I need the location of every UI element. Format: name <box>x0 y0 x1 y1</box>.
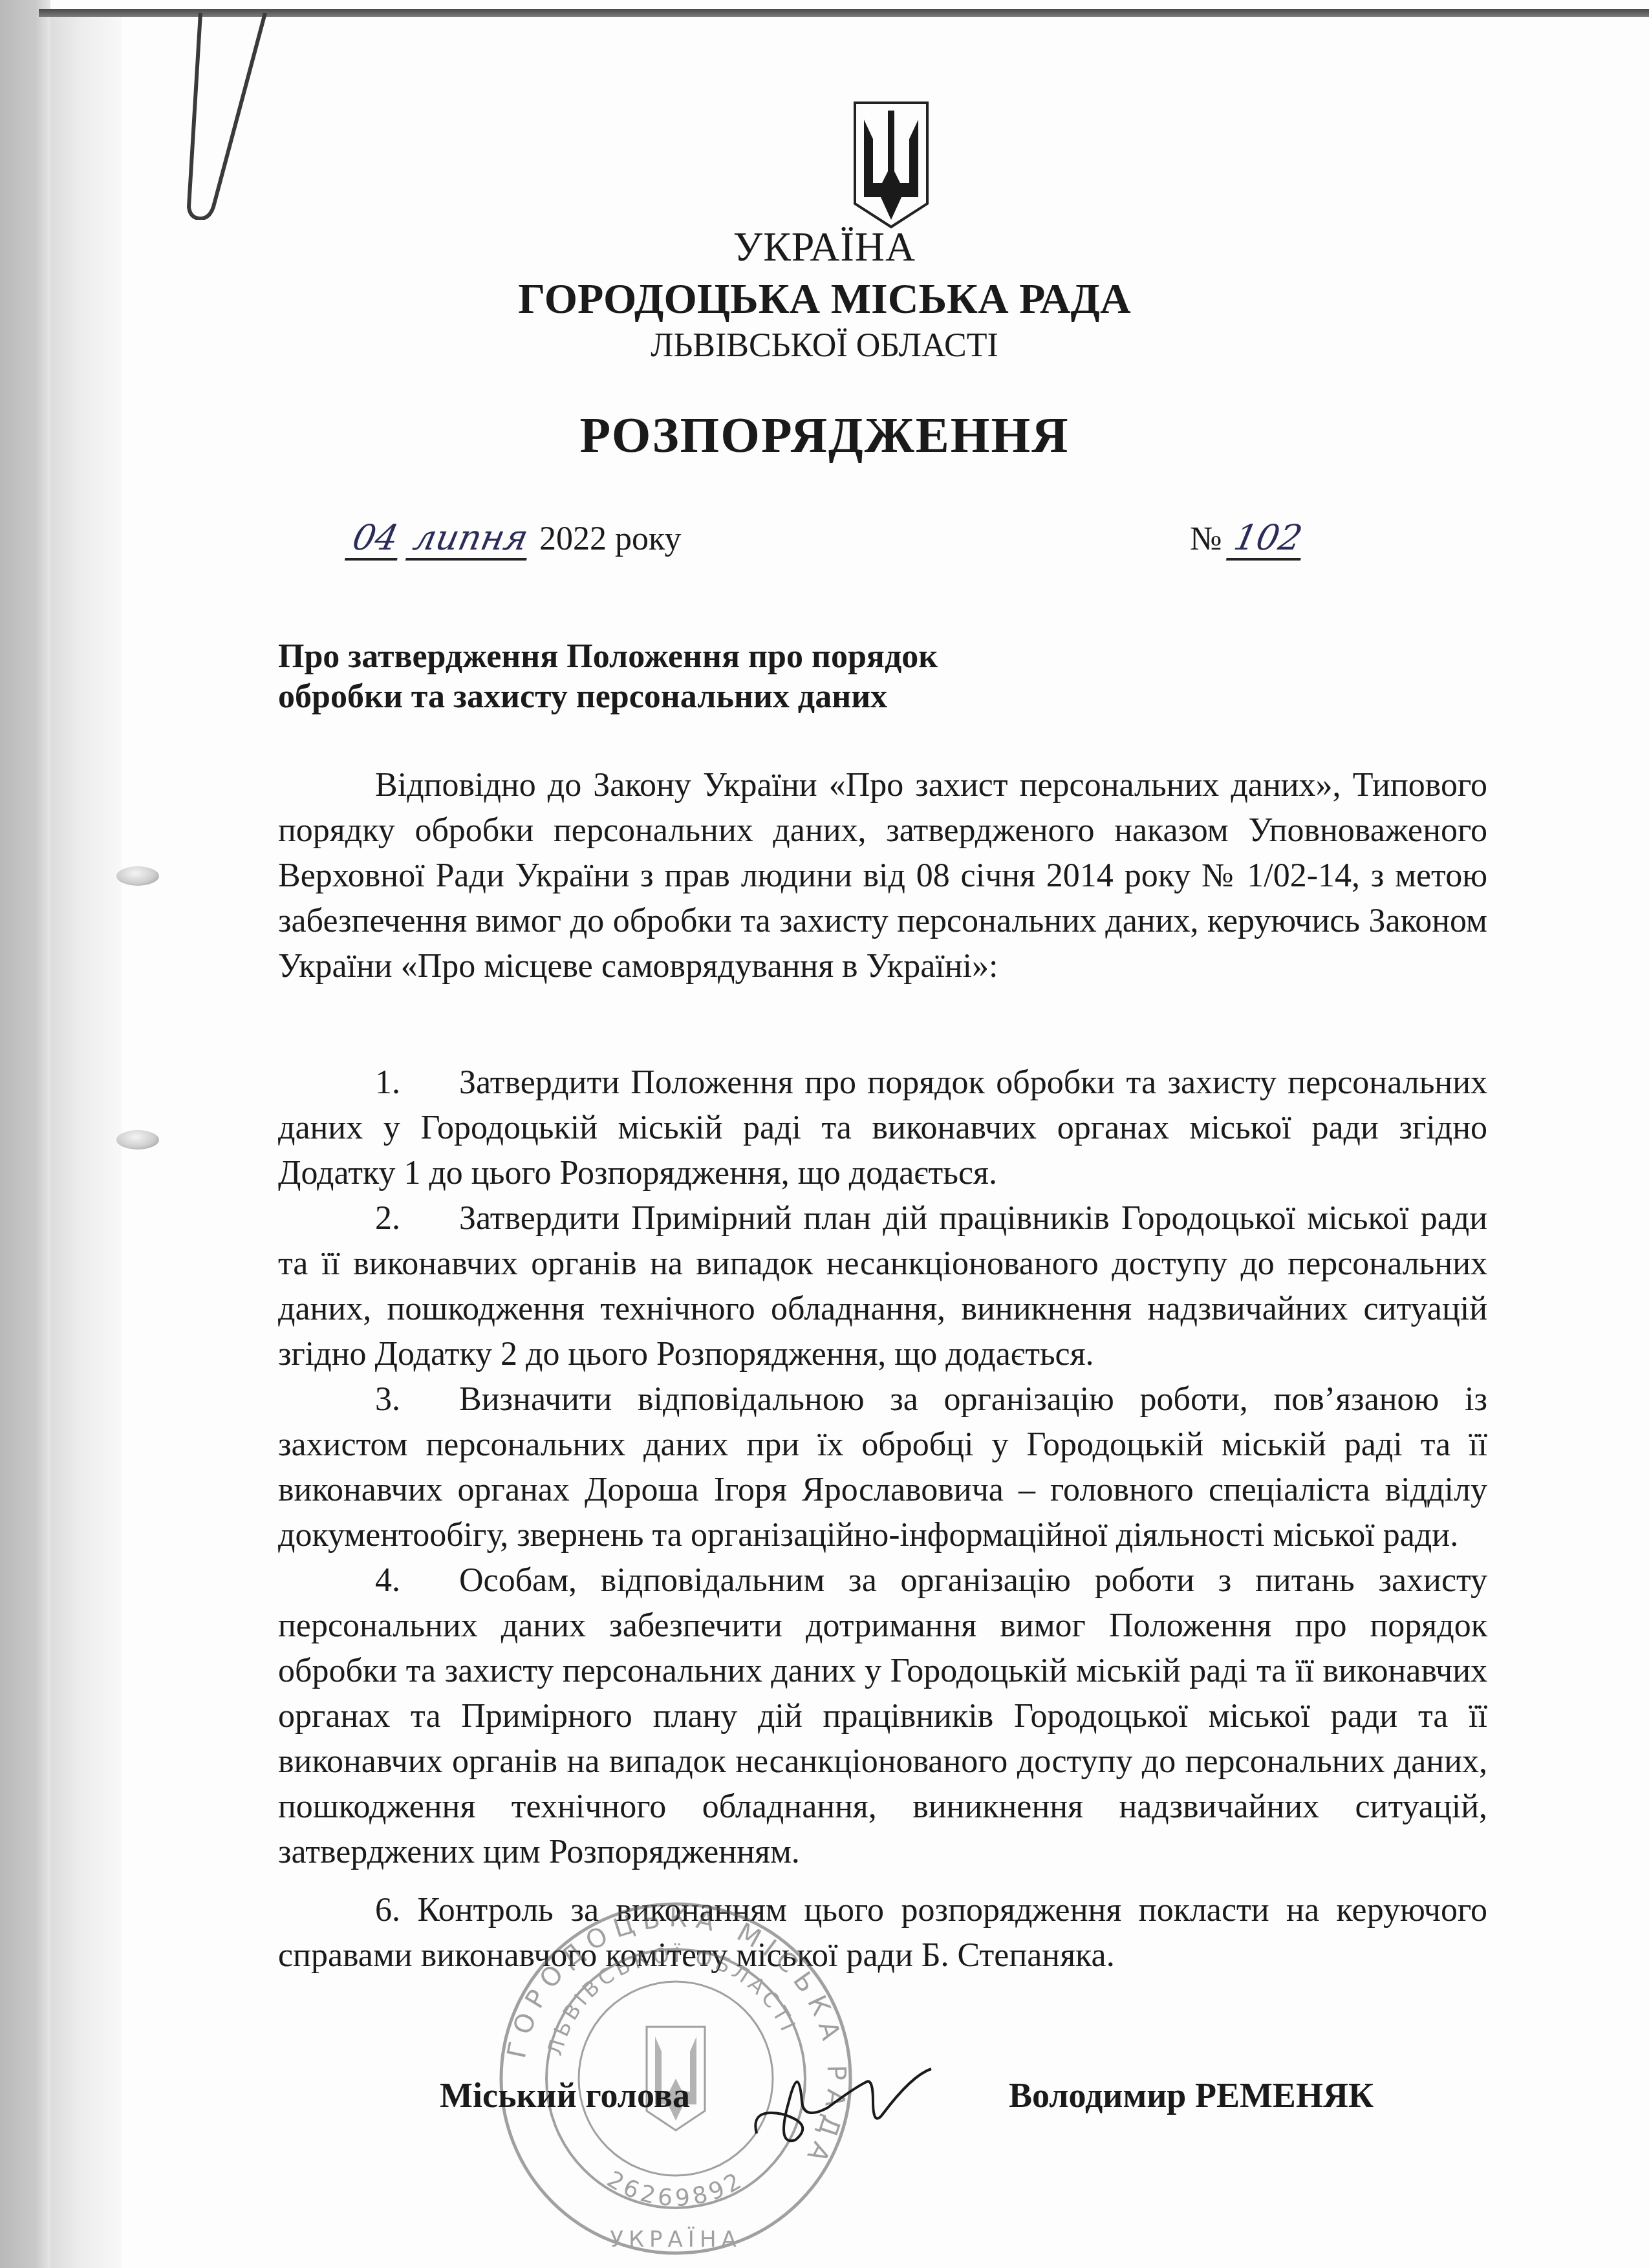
order-item-control: 6. Контроль за виконанням цього розпоряд… <box>278 1888 1487 1978</box>
order-item: 3.Визначити відповідальною за організаці… <box>278 1377 1487 1558</box>
item-text: Визначити відповідальною за організацію … <box>278 1381 1487 1554</box>
number-handwritten: 102 <box>1226 517 1309 561</box>
number-prefix: № <box>1190 520 1222 557</box>
item-number: 6. <box>375 1892 400 1929</box>
date-month-handwritten: липня <box>405 517 536 561</box>
preamble-text: Відповідно до Закону України «Про захист… <box>278 763 1487 989</box>
header-country: УКРАЇНА <box>0 223 1649 271</box>
item-number: 4. <box>375 1558 459 1603</box>
item-number: 2. <box>375 1196 459 1241</box>
item-text: Контроль за виконанням цього розпоряджен… <box>278 1892 1487 1974</box>
date-year: 2022 року <box>539 520 682 557</box>
order-item: 6. Контроль за виконанням цього розпоряд… <box>278 1888 1487 1978</box>
scan-top-edge <box>39 9 1649 17</box>
order-item: 2.Затвердити Примірний план дій працівни… <box>278 1196 1487 1377</box>
item-number: 3. <box>375 1377 459 1422</box>
signatory-title: Міський голова <box>440 2075 690 2115</box>
subject-line-2: обробки та захисту персональних даних <box>278 677 938 717</box>
document-subject: Про затвердження Положення про порядок о… <box>278 637 938 717</box>
document-date: 04 липня 2022 року <box>349 517 682 561</box>
document-number: № 102 <box>1190 517 1305 561</box>
handwritten-signature-icon <box>744 2062 1002 2146</box>
punch-hole-icon <box>116 1130 159 1150</box>
order-item: 4.Особам, відповідальним за організацію … <box>278 1558 1487 1875</box>
signatory-name: Володимир РЕМЕНЯК <box>1009 2075 1374 2115</box>
paper-clip-icon <box>181 13 272 220</box>
item-text: Затвердити Примірний план дій працівникі… <box>278 1200 1487 1373</box>
date-day-handwritten: 04 <box>345 517 406 561</box>
item-text: Затвердити Положення про порядок обробки… <box>278 1064 1487 1192</box>
header-council-name: ГОРОДОЦЬКА МІСЬКА РАДА <box>0 275 1649 324</box>
order-items: 1.Затвердити Положення про порядок оброб… <box>278 1060 1487 1875</box>
svg-text:УКРАЇНА: УКРАЇНА <box>610 2227 741 2252</box>
document-type-title: РОЗПОРЯДЖЕННЯ <box>0 406 1649 464</box>
punch-hole-icon <box>116 866 159 886</box>
coat-of-arms-trident-icon <box>852 100 930 230</box>
order-item: 1.Затвердити Положення про порядок оброб… <box>278 1060 1487 1196</box>
svg-text:26269892: 26269892 <box>603 2166 749 2212</box>
item-number: 1. <box>375 1060 459 1106</box>
preamble: Відповідно до Закону України «Про захист… <box>278 763 1487 989</box>
subject-line-1: Про затвердження Положення про порядок <box>278 637 938 677</box>
header-region: ЛЬВІВСЬКОЇ ОБЛАСТІ <box>0 326 1649 365</box>
item-text: Особам, відповідальним за організацію ро… <box>278 1562 1487 1870</box>
